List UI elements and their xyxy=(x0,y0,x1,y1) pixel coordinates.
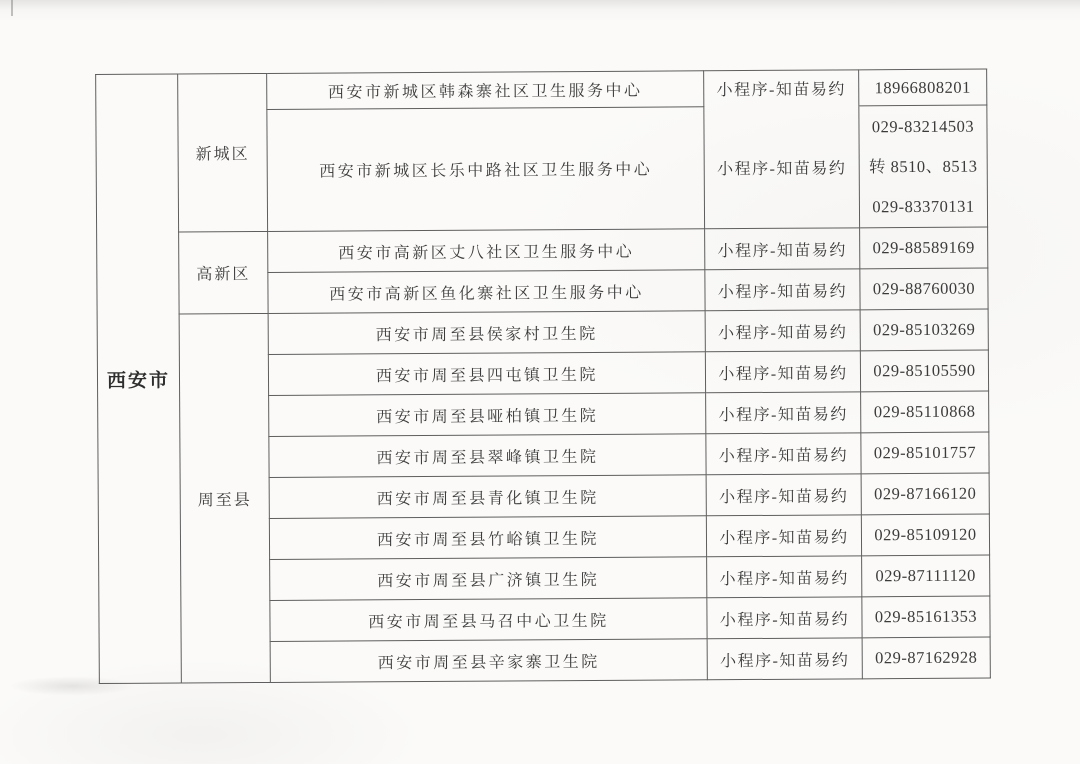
phone-cell: 029-85161353 xyxy=(862,596,990,638)
booking-cell: 小程序-知苗易约 xyxy=(705,269,860,311)
city-cell: 西安市 xyxy=(96,74,182,683)
booking-cell: 小程序-知苗易约 xyxy=(706,392,861,434)
facility-cell: 西安市高新区鱼化寨社区卫生服务中心 xyxy=(268,270,705,314)
district-cell-xincheng: 新城区 xyxy=(178,73,268,232)
district-cell-zhouzhi: 周至县 xyxy=(179,313,270,683)
facility-cell: 西安市周至县四屯镇卫生院 xyxy=(268,352,705,396)
facility-cell: 西安市周至县辛家寨卫生院 xyxy=(270,639,707,683)
phone-cell: 029-87162928 xyxy=(862,637,990,679)
phone-cell: 029-83214503 转 8510、8513 029-83370131 xyxy=(859,105,988,228)
facility-cell: 西安市新城区韩森寨社区卫生服务中心 xyxy=(267,71,704,110)
booking-cell: 小程序-知苗易约 xyxy=(704,106,860,229)
booking-cell: 小程序-知苗易约 xyxy=(707,556,862,598)
phone-line: 转 8510、8513 xyxy=(860,146,987,187)
booking-cell: 小程序-知苗易约 xyxy=(706,433,861,475)
phone-cell: 029-85101757 xyxy=(861,432,989,474)
table-row: 高新区 西安市高新区丈八社区卫生服务中心 小程序-知苗易约 029-885891… xyxy=(97,227,988,273)
facility-cell: 西安市周至县马召中心卫生院 xyxy=(270,598,707,642)
facility-cell: 西安市周至县竹峪镇卫生院 xyxy=(269,516,706,560)
facility-cell: 西安市周至县翠峰镇卫生院 xyxy=(269,434,706,478)
phone-cell: 029-85110868 xyxy=(861,391,989,433)
phone-cell: 029-85105590 xyxy=(860,350,988,392)
table-row: 周至县 西安市周至县侯家村卫生院 小程序-知苗易约 029-85103269 xyxy=(97,309,988,355)
table-row: 西安市 新城区 西安市新城区韩森寨社区卫生服务中心 小程序-知苗易约 18966… xyxy=(96,69,987,110)
facility-cell: 西安市周至县哑柏镇卫生院 xyxy=(269,393,706,437)
booking-cell: 小程序-知苗易约 xyxy=(706,474,861,516)
phone-cell: 029-87166120 xyxy=(861,473,989,515)
table-wrapper: 西安市 新城区 西安市新城区韩森寨社区卫生服务中心 小程序-知苗易约 18966… xyxy=(95,69,991,684)
phone-line: 029-83214503 xyxy=(859,106,986,147)
scanned-page: 西安市 新城区 西安市新城区韩森寨社区卫生服务中心 小程序-知苗易约 18966… xyxy=(0,0,1080,764)
booking-cell: 小程序-知苗易约 xyxy=(707,638,862,680)
facility-cell: 西安市周至县侯家村卫生院 xyxy=(268,311,705,355)
booking-cell: 小程序-知苗易约 xyxy=(706,515,861,557)
booking-cell: 小程序-知苗易约 xyxy=(705,228,860,270)
vaccination-sites-table: 西安市 新城区 西安市新城区韩森寨社区卫生服务中心 小程序-知苗易约 18966… xyxy=(95,69,991,684)
phone-cell: 029-85103269 xyxy=(860,309,988,351)
facility-cell: 西安市高新区丈八社区卫生服务中心 xyxy=(268,229,705,273)
booking-cell: 小程序-知苗易约 xyxy=(705,351,860,393)
booking-cell: 小程序-知苗易约 xyxy=(707,597,862,639)
phone-cell: 18966808201 xyxy=(859,69,987,106)
district-cell-gaoxin: 高新区 xyxy=(179,231,268,314)
facility-cell: 西安市周至县广济镇卫生院 xyxy=(270,557,707,601)
scan-artifact xyxy=(11,0,13,16)
phone-cell: 029-87111120 xyxy=(862,555,990,597)
phone-cell: 029-88760030 xyxy=(860,268,988,310)
booking-cell: 小程序-知苗易约 xyxy=(704,70,859,107)
phone-cell: 029-85109120 xyxy=(861,514,989,556)
phone-cell: 029-88589169 xyxy=(860,227,988,269)
facility-cell: 西安市新城区长乐中路社区卫生服务中心 xyxy=(267,107,705,232)
phone-line: 029-83370131 xyxy=(860,186,987,227)
booking-cell: 小程序-知苗易约 xyxy=(705,310,860,352)
facility-cell: 西安市周至县青化镇卫生院 xyxy=(269,475,706,519)
